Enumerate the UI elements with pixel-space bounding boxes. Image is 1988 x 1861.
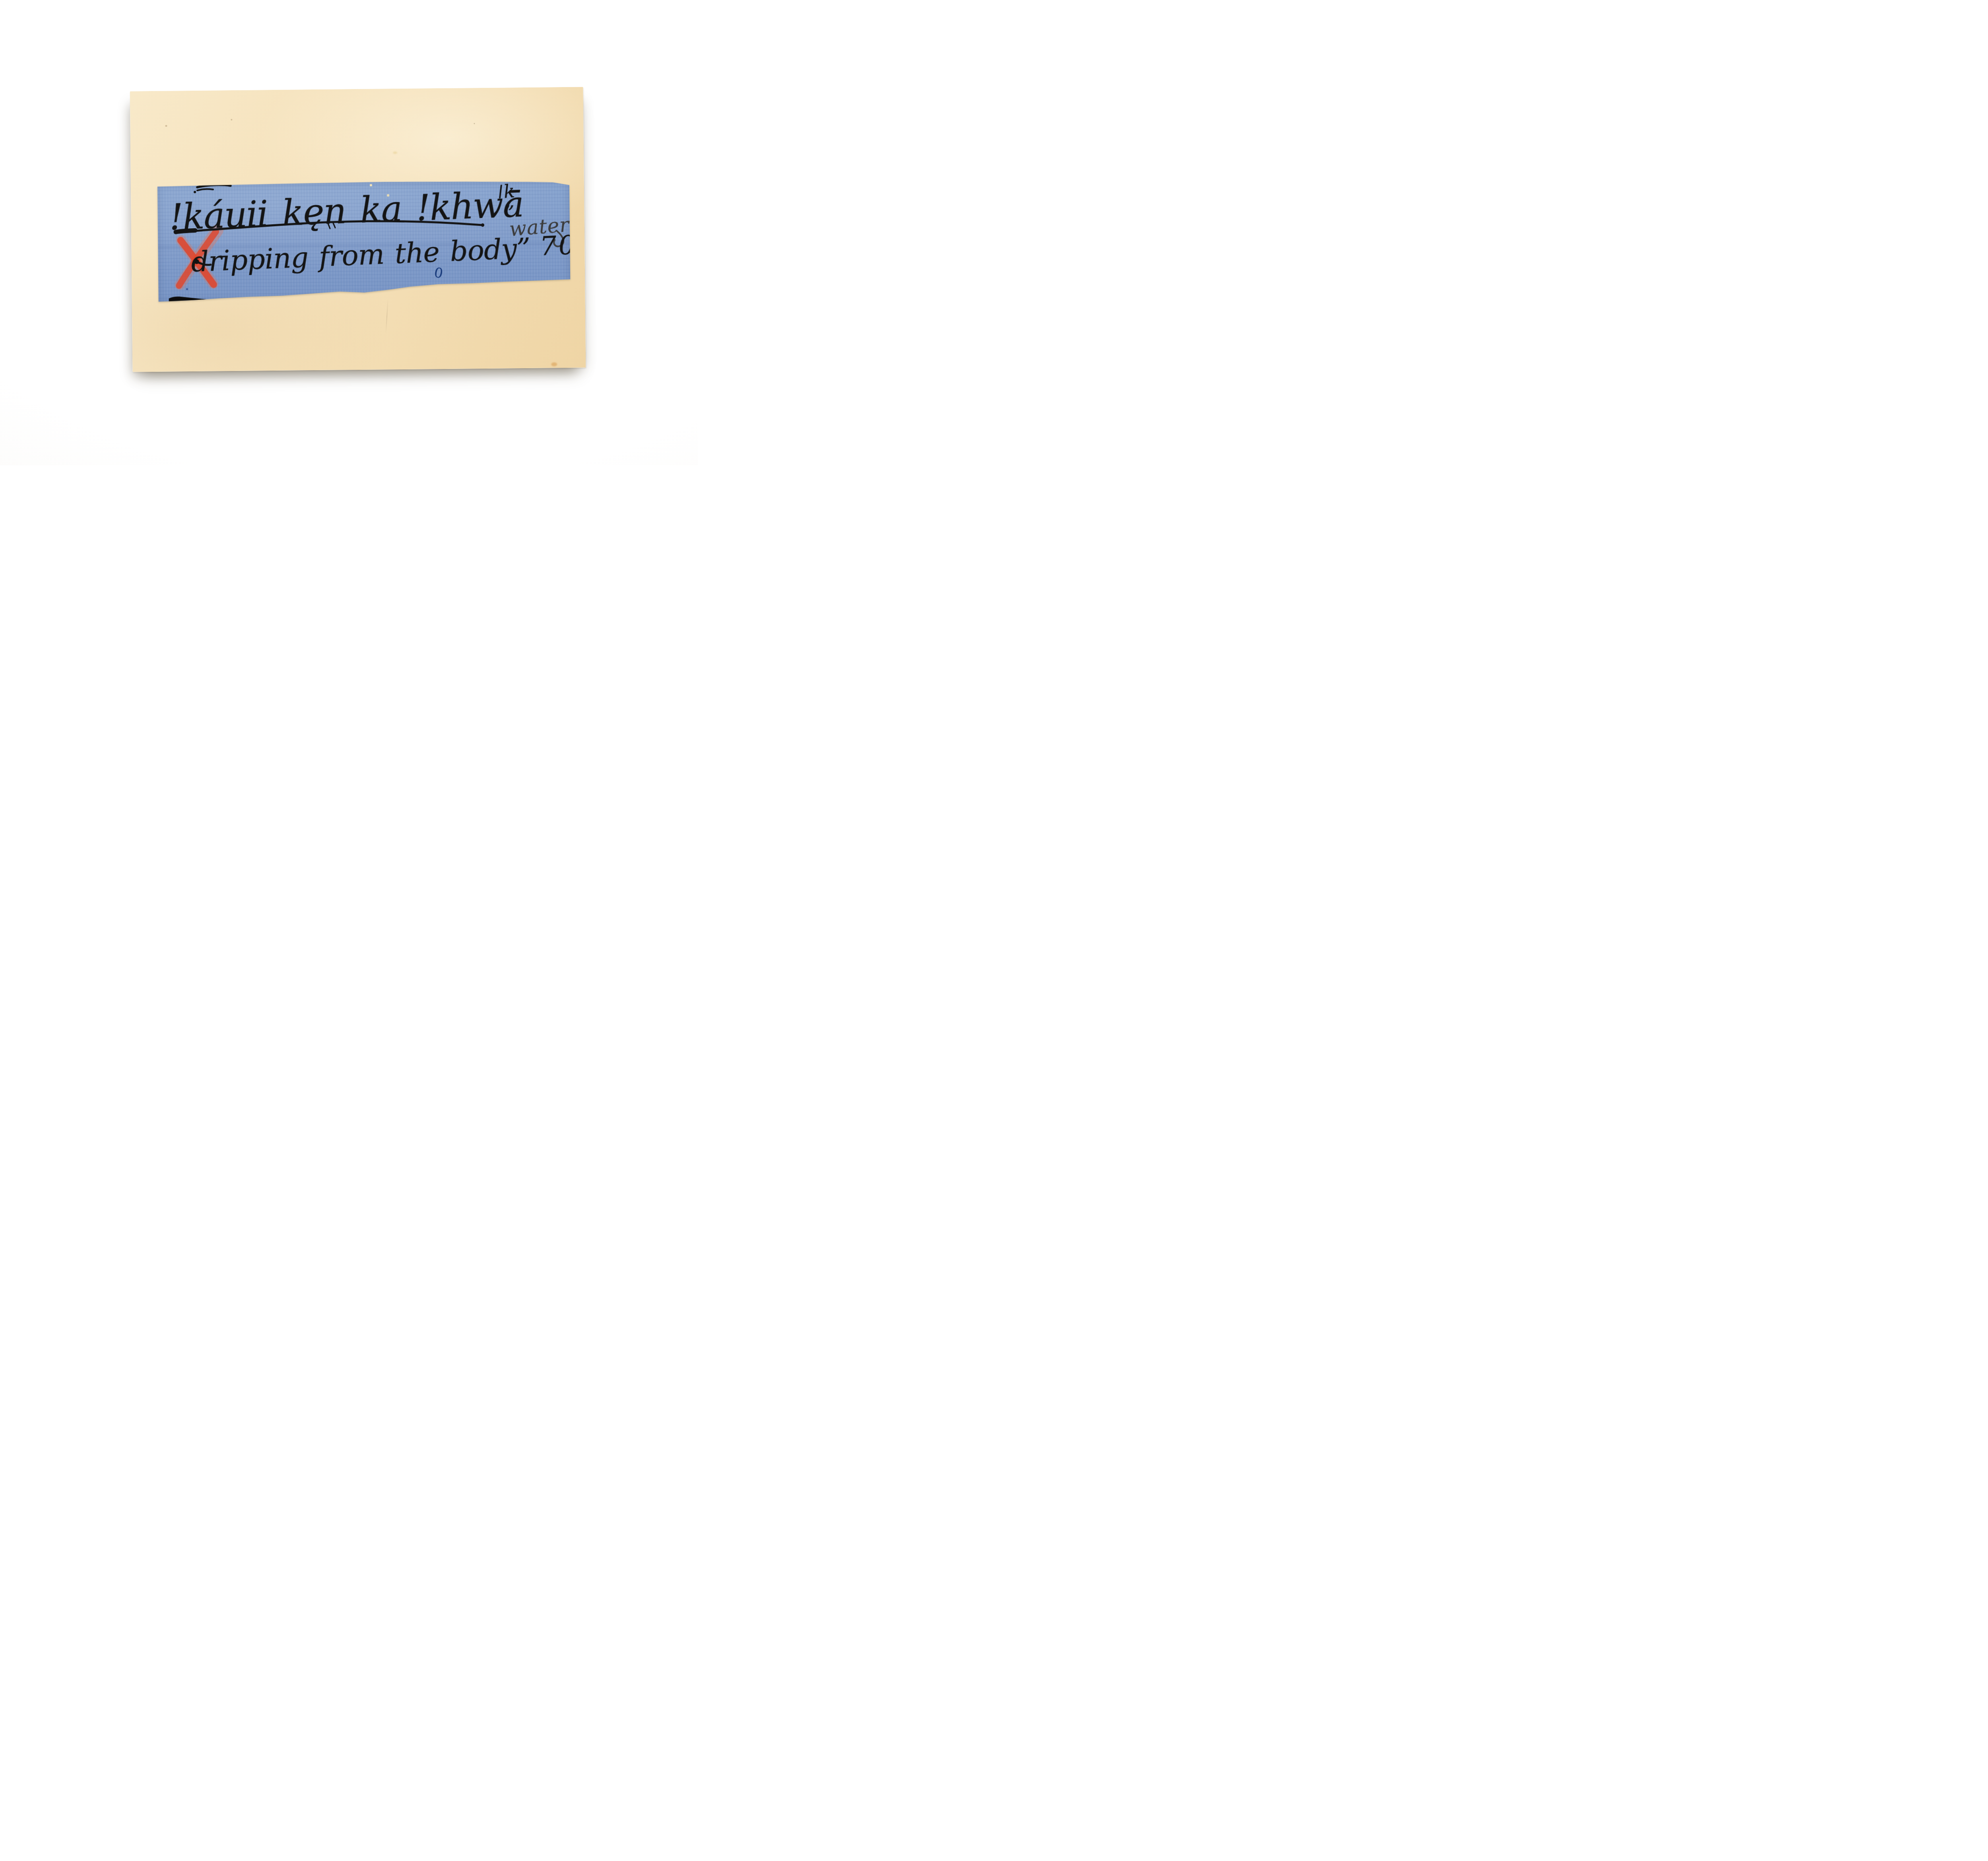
paper-crease [385, 299, 388, 334]
cream-card: !káuii kęn ka !khwā ǀk „ water dripping … [130, 87, 586, 372]
blue-slip-wrapper: !káuii kęn ka !khwā ǀk „ water dripping … [157, 180, 571, 302]
low-quote-mark: „ [504, 191, 514, 211]
speck [474, 123, 475, 124]
blue-slip: !káuii kęn ka !khwā ǀk „ water dripping … [157, 180, 571, 302]
yellow-smudge [393, 152, 397, 154]
attribution-initial: B. [650, 225, 676, 255]
attribution-swash: , [672, 225, 683, 264]
speck [231, 119, 232, 120]
photo-of-archival-slip: !káuii kęn ka !khwā ǀk „ water dripping … [0, 0, 698, 465]
reference-numbers: 70 40, [539, 227, 638, 262]
cutoff-stroke-bottom-icon [169, 296, 211, 302]
cutoff-stroke-top-icon [194, 185, 231, 193]
orange-stain [551, 362, 557, 366]
speck [165, 125, 167, 127]
